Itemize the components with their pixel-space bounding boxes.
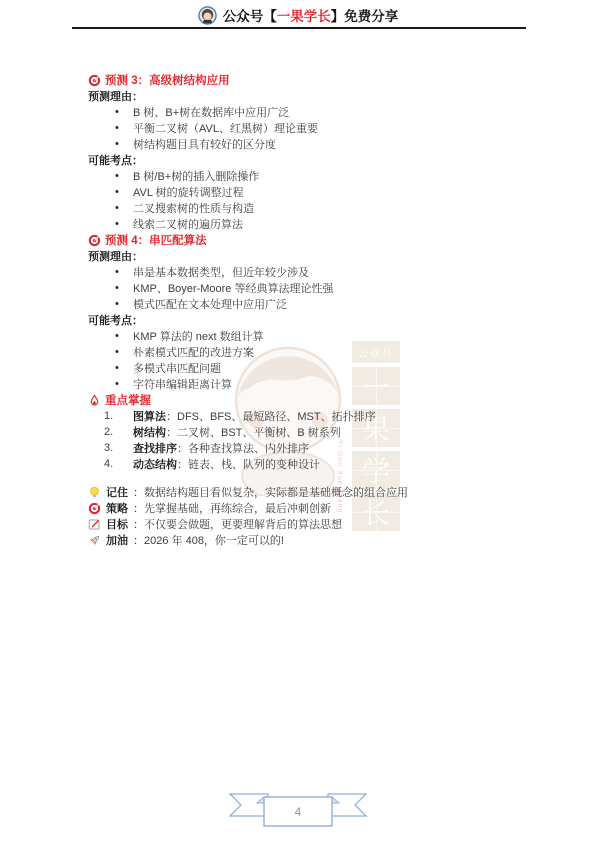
item-number: 4. bbox=[104, 458, 133, 470]
pred3-points-list: B 树/B+树的插入删除操作 AVL 树的旋转调整过程 二叉搜索树的性质与构造 … bbox=[88, 168, 518, 232]
list-item: 树结构题目具有较好的区分度 bbox=[88, 136, 518, 152]
pred4-points-label: 可能考点： bbox=[88, 312, 518, 328]
header-brand: 一果学长 bbox=[277, 9, 331, 24]
rocket-icon bbox=[88, 534, 101, 547]
list-item: 二叉搜索树的性质与构造 bbox=[88, 200, 518, 216]
focus-heading: 重点掌握 bbox=[88, 392, 518, 408]
list-item: 平衡二叉树（AVL、红黑树）理论重要 bbox=[88, 120, 518, 136]
list-item: 串是基本数据类型，但近年较少涉及 bbox=[88, 264, 518, 280]
note-remember: 记住：数据结构题目看似复杂，实际都是基础概念的组合应用 bbox=[88, 484, 518, 500]
note-label: 策略 bbox=[106, 500, 128, 516]
pred4-reason-list: 串是基本数据类型，但近年较少涉及 KMP、Boyer-Moore 等经典算法理论… bbox=[88, 264, 518, 312]
pred3-points-label: 可能考点： bbox=[88, 152, 518, 168]
memo-pencil-icon bbox=[88, 518, 101, 531]
header-title: 公众号【一果学长】免费分享 bbox=[223, 5, 399, 25]
note-label: 加油 bbox=[106, 532, 128, 548]
item-text: ：DFS、BFS、最短路径、MST、拓扑排序 bbox=[166, 408, 376, 424]
list-item: B 树/B+树的插入删除操作 bbox=[88, 168, 518, 184]
header-divider bbox=[72, 27, 526, 29]
header-suffix: 】免费分享 bbox=[331, 9, 399, 24]
flame-icon bbox=[88, 394, 101, 407]
list-item: 3.查找排序：各种查找算法、内外排序 bbox=[88, 440, 518, 456]
page-number-ribbon: 4 bbox=[228, 790, 368, 837]
header-prefix: 公众号【 bbox=[223, 9, 277, 24]
note-label: 目标 bbox=[106, 516, 128, 532]
list-item: KMP、Boyer-Moore 等经典算法理论性强 bbox=[88, 280, 518, 296]
prediction-3-title: 预测 3：高级树结构应用 bbox=[105, 72, 230, 88]
item-number: 2. bbox=[104, 426, 133, 438]
item-number: 1. bbox=[104, 410, 133, 422]
pred4-points-list: KMP 算法的 next 数组计算 朴素模式匹配的改进方案 多模式串匹配问题 字… bbox=[88, 328, 518, 392]
note-text: ：先掌握基础，再练综合，最后冲刺创新 bbox=[133, 500, 331, 516]
item-label: 图算法 bbox=[133, 408, 166, 424]
note-strategy: 策略：先掌握基础，再练综合，最后冲刺创新 bbox=[88, 500, 518, 516]
target-icon bbox=[88, 234, 101, 247]
list-item: 字符串编辑距离计算 bbox=[88, 376, 518, 392]
list-item: 多模式串匹配问题 bbox=[88, 360, 518, 376]
list-item: 线索二叉树的遍历算法 bbox=[88, 216, 518, 232]
pred4-reason-label: 预测理由： bbox=[88, 248, 518, 264]
list-item: 4.动态结构：链表、栈、队列的变种设计 bbox=[88, 456, 518, 472]
list-item: B 树、B+树在数据库中应用广泛 bbox=[88, 104, 518, 120]
page-header: 公众号【一果学长】免费分享 bbox=[0, 5, 596, 25]
pred3-reason-label: 预测理由： bbox=[88, 88, 518, 104]
mascot-avatar-icon bbox=[198, 6, 217, 25]
list-item: AVL 树的旋转调整过程 bbox=[88, 184, 518, 200]
item-text: ：各种查找算法、内外排序 bbox=[177, 440, 309, 456]
item-label: 动态结构 bbox=[133, 456, 177, 472]
note-text: ：数据结构题目看似复杂，实际都是基础概念的组合应用 bbox=[133, 484, 408, 500]
blank-spacer bbox=[88, 472, 518, 484]
prediction-4-title: 预测 4：串匹配算法 bbox=[105, 232, 207, 248]
list-item: KMP 算法的 next 数组计算 bbox=[88, 328, 518, 344]
item-number: 3. bbox=[104, 442, 133, 454]
prediction-4-heading: 预测 4：串匹配算法 bbox=[88, 232, 518, 248]
item-text: ：二叉树、BST、平衡树、B 树系列 bbox=[166, 424, 341, 440]
note-goal: 目标：不仅要会做题，更要理解背后的算法思想 bbox=[88, 516, 518, 532]
item-text: ：链表、栈、队列的变种设计 bbox=[177, 456, 320, 472]
note-cheer: 加油：2026 年 408，你一定可以的! bbox=[88, 532, 518, 548]
list-item: 朴素模式匹配的改进方案 bbox=[88, 344, 518, 360]
target-icon bbox=[88, 502, 101, 515]
list-item: 模式匹配在文本处理中应用广泛 bbox=[88, 296, 518, 312]
ribbon-banner-icon: 4 bbox=[228, 790, 368, 832]
focus-title: 重点掌握 bbox=[105, 392, 151, 408]
note-text: ：不仅要会做题，更要理解背后的算法思想 bbox=[133, 516, 342, 532]
page-number: 4 bbox=[295, 805, 302, 819]
prediction-3-heading: 预测 3：高级树结构应用 bbox=[88, 72, 518, 88]
focus-list: 1.图算法：DFS、BFS、最短路径、MST、拓扑排序 2.树结构：二叉树、BS… bbox=[88, 408, 518, 472]
note-label: 记住 bbox=[106, 484, 128, 500]
document-page: 公众号【一果学长】免费分享 公众号 一 果 学 长 Yi Guo Xue Zha… bbox=[0, 0, 596, 842]
note-text: ：2026 年 408，你一定可以的! bbox=[133, 532, 284, 548]
list-item: 2.树结构：二叉树、BST、平衡树、B 树系列 bbox=[88, 424, 518, 440]
pred3-reason-list: B 树、B+树在数据库中应用广泛 平衡二叉树（AVL、红黑树）理论重要 树结构题… bbox=[88, 104, 518, 152]
list-item: 1.图算法：DFS、BFS、最短路径、MST、拓扑排序 bbox=[88, 408, 518, 424]
target-icon bbox=[88, 74, 101, 87]
item-label: 查找排序 bbox=[133, 440, 177, 456]
lightbulb-icon bbox=[88, 486, 101, 499]
item-label: 树结构 bbox=[133, 424, 166, 440]
document-content: 预测 3：高级树结构应用 预测理由： B 树、B+树在数据库中应用广泛 平衡二叉… bbox=[88, 72, 518, 548]
